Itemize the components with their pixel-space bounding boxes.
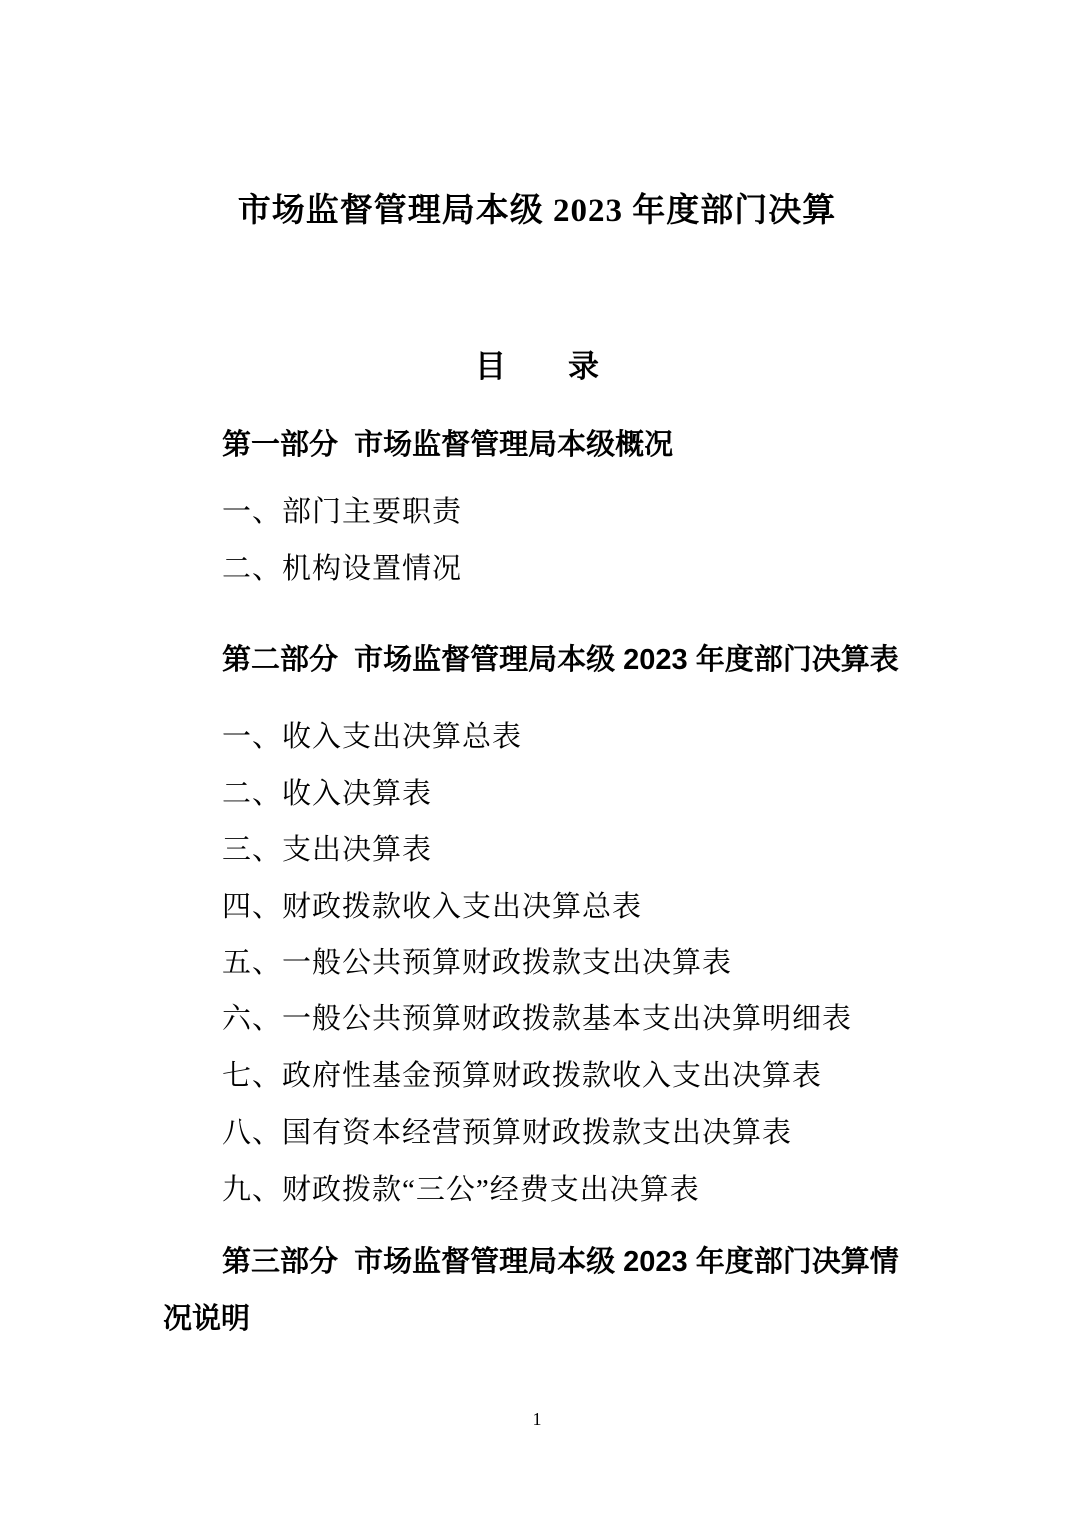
section-2-heading: 第二部分 市场监督管理局本级 2023 年度部门决算表 <box>222 642 899 678</box>
section-2-item-9: 九、财政拨款“三公”经费支出决算表 <box>222 1172 700 1208</box>
section-1-item-1: 一、部门主要职责 <box>222 494 462 530</box>
section-2-item-3: 三、支出决算表 <box>222 832 432 868</box>
section-2-item-8: 八、国有资本经营预算财政拨款支出决算表 <box>222 1115 792 1151</box>
document-page: 市场监督管理局本级 2023 年度部门决算 目 录 第一部分 市场监督管理局本级… <box>0 0 1074 1520</box>
toc-heading: 目 录 <box>0 348 1074 386</box>
section-2-item-5: 五、一般公共预算财政拨款支出决算表 <box>222 945 732 981</box>
section-1-heading: 第一部分 市场监督管理局本级概况 <box>222 427 673 463</box>
section-2-item-2: 二、收入决算表 <box>222 776 432 812</box>
section-2-item-7: 七、政府性基金预算财政拨款收入支出决算表 <box>222 1058 822 1094</box>
page-number: 1 <box>0 1408 1074 1430</box>
document-title: 市场监督管理局本级 2023 年度部门决算 <box>0 191 1074 231</box>
section-1-item-2: 二、机构设置情况 <box>222 551 462 587</box>
section-2-item-4: 四、财政拨款收入支出决算总表 <box>222 889 642 925</box>
section-2-item-6: 六、一般公共预算财政拨款基本支出决算明细表 <box>222 1001 852 1037</box>
section-2-item-1: 一、收入支出决算总表 <box>222 719 522 755</box>
section-3-heading: 第三部分 市场监督管理局本级 2023 年度部门决算情况说明 <box>163 1234 913 1348</box>
